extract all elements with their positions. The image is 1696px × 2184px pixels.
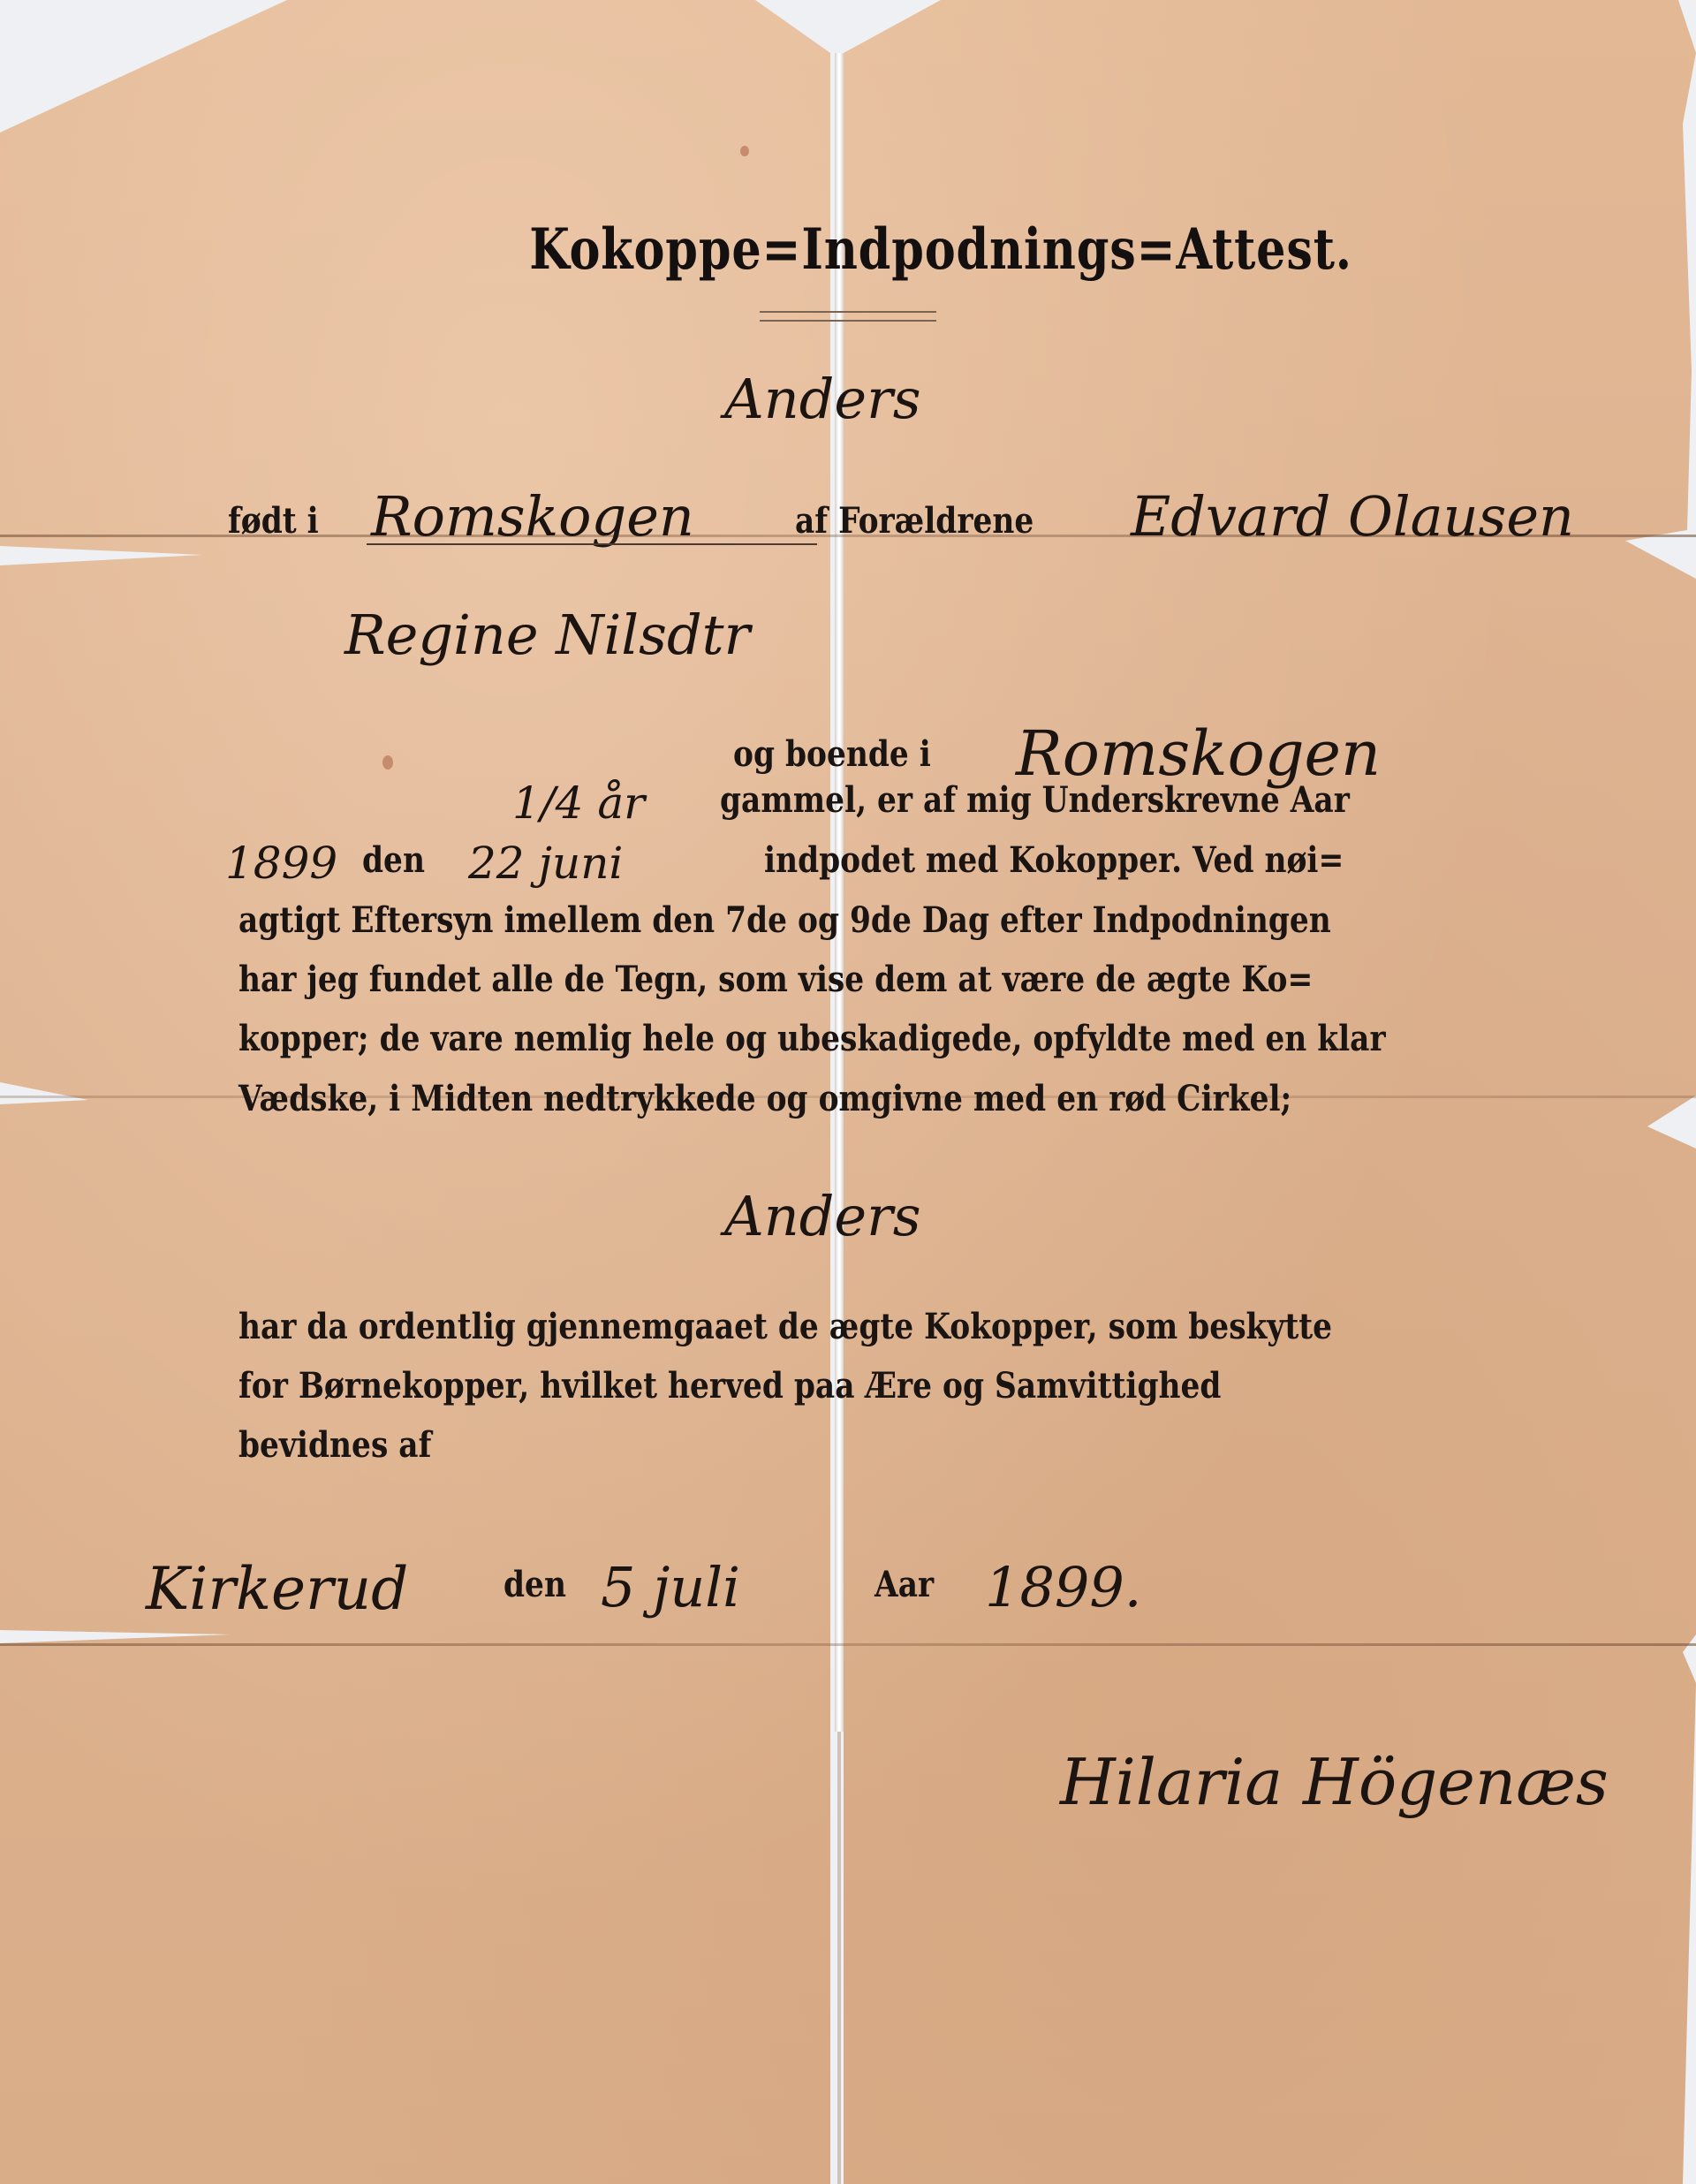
date-aar-label: Aar [874,1564,934,1605]
closing-line-3: bevidnes af [238,1424,431,1466]
body-line-5: kopper; de vare nemlig hele og ubeskadig… [238,1018,1386,1059]
vaccination-date-handwritten: 22 juni [468,838,623,889]
birthplace-line [367,543,817,545]
born-label: født i [228,500,319,542]
age-handwritten: 1/4 år [512,777,645,829]
vaccination-den-label: den [362,839,425,881]
date-den-label: den [503,1564,566,1605]
place-handwritten: Kirkerud [146,1555,408,1623]
horizontal-fold-crease [0,1643,1696,1646]
residence-label: og boende i [733,733,931,775]
date-handwritten: 5 juli [601,1555,740,1619]
body-line-2: indpodet med Kokopper. Ved nøi= [764,839,1344,881]
child-name-handwritten-2: Anders [724,1184,921,1248]
year-handwritten: 1899. [985,1555,1142,1619]
vaccination-year-handwritten: 1899 [225,838,337,889]
signature-handwritten: Hilaria Högenæs [1060,1745,1609,1819]
document-title: Kokoppe=Indpodnings=Attest. [529,216,1167,283]
ink-stain [740,146,749,156]
body-line-3: agtigt Eftersyn imellem den 7de og 9de D… [238,899,1331,941]
ink-stain [382,755,393,770]
father-name-handwritten: Edvard Olausen [1131,484,1574,549]
parents-label: af Forældrene [795,500,1033,542]
closing-line-2: for Børnekopper, hvilket herved paa Ære … [238,1365,1221,1407]
vertical-fold-tear [835,53,844,1732]
vertical-fold-crease [837,1732,841,2184]
body-line-4: har jeg fundet alle de Tegn, som vise de… [238,959,1313,1000]
mother-name-handwritten: Regine Nilsdtr [344,603,750,667]
body-line-6: Vædske, i Midten nedtrykkede og omgivne … [238,1078,1291,1119]
birthplace-handwritten: Romskogen [371,484,694,549]
title-double-rule [760,311,936,322]
child-name-handwritten: Anders [724,367,921,431]
body-line-1: gammel, er af mig Underskrevne Aar [720,779,1350,821]
closing-line-1: har da ordentlig gjennemgaaet de ægte Ko… [238,1306,1332,1347]
